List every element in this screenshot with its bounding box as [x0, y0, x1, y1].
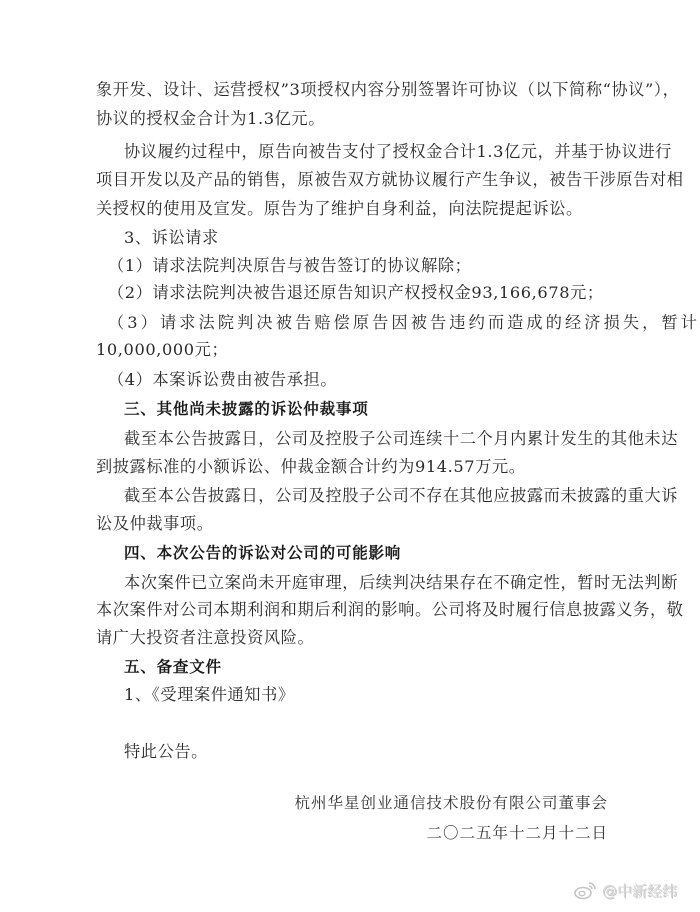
paragraph-line: 讼及仲裁事项。: [96, 513, 608, 535]
paragraph-line: 协议履约过程中，原告向被告支付了授权金合计1.3亿元，并基于协议进行: [124, 141, 608, 163]
paragraph-line: 截至本公告披露日，公司及控股子公司连续十二个月内累计发生的其他未达: [124, 428, 608, 450]
weibo-icon: [574, 880, 598, 900]
watermark: @中新经纬: [574, 878, 677, 902]
section-heading-reference-docs: 五、备查文件: [124, 656, 636, 678]
paragraph-line: 截至本公告披露日，公司及控股子公司不存在其他应披露而未披露的重大诉: [124, 485, 608, 507]
paragraph-line: 项目开发以及产品的销售，原被告双方就协议履行产生争议，被告干涉原告对相: [96, 169, 608, 191]
paragraph-line: 协议的授权金合计为1.3亿元。: [96, 108, 608, 130]
section-heading-other-litigation: 三、其他尚未披露的诉讼仲裁事项: [124, 398, 636, 420]
signature-company: 杭州华星创业通信技术股份有限公司董事会: [294, 792, 608, 814]
paragraph-line: 关授权的使用及宣发。原告为了维护自身利益，向法院提起诉讼。: [96, 198, 608, 220]
paragraph-line: 请广大投资者注意投资风险。: [96, 627, 608, 649]
section-heading-impact: 四、本次公告的诉讼对公司的可能影响: [124, 542, 636, 564]
claim-item: （3）请求法院判决被告赔偿原告因被告违约而造成的经济损失，暂计: [108, 312, 608, 334]
claim-item: （4）本案诉讼费由被告承担。: [108, 369, 608, 391]
paragraph-line: 到披露标准的小额诉讼、仲裁金额合计约为914.57万元。: [96, 456, 608, 478]
paragraph-line: 本次案件对公司本期利润和期后利润的影响。公司将及时履行信息披露义务，敬: [96, 599, 608, 621]
paragraph-line: 本次案件已立案尚未开庭审理，后续判决结果存在不确定性，暂时无法判断: [124, 572, 608, 594]
claim-item: （2）请求法院判决被告退还原告知识产权授权金93,166,678元；: [108, 282, 608, 304]
claim-item: （1）请求法院判决原告与被告签订的协议解除；: [108, 255, 608, 277]
closing-text: 特此公告。: [124, 741, 608, 763]
watermark-text: @中新经纬: [602, 880, 677, 901]
signature-date: 二〇二五年十二月十二日: [426, 822, 608, 844]
reference-doc-item: 1、《受理案件通知书》: [124, 684, 608, 706]
paragraph-line: 象开发、设计、运营授权”3项授权内容分别签署许可协议（以下简称“协议”），: [96, 79, 608, 101]
claim-item-continuation: 10,000,000元；: [96, 339, 608, 361]
document-page: 象开发、设计、运营授权”3项授权内容分别签署许可协议（以下简称“协议”）， 协议…: [0, 0, 700, 912]
claims-heading: 3、诉讼请求: [124, 227, 608, 249]
